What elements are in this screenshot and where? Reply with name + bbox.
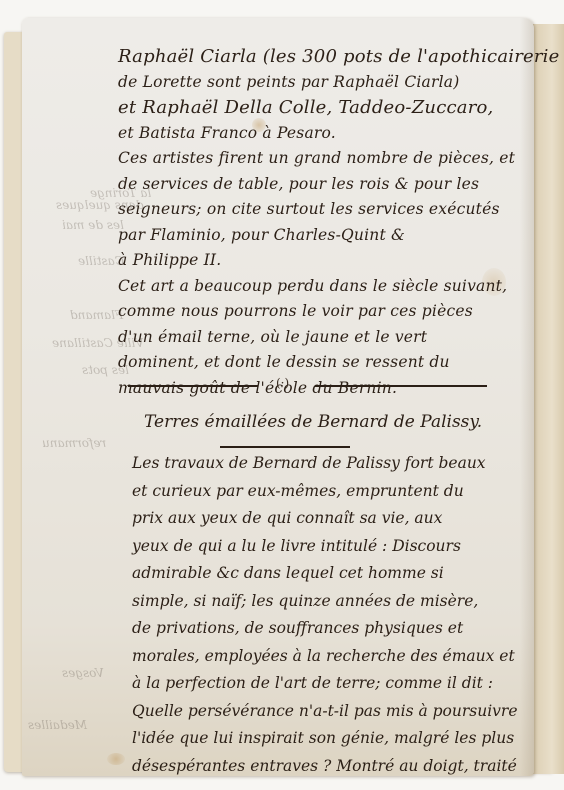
text-line: de privations, de souffrances physiques …: [132, 615, 532, 643]
text-line: prix aux yeux de qui connaît sa vie, aux: [132, 505, 532, 533]
separator-mark: (·): [276, 376, 289, 390]
text-line: yeux de qui a lu le livre intitulé : Dis…: [132, 533, 532, 561]
separator-rule-left: [128, 385, 258, 387]
text-line: admirable &c dans lequel cet homme si: [132, 560, 532, 588]
bleed-through-text: Flamand: [70, 308, 123, 322]
text-line: Quelle persévérance n'a-t-il pas mis à p…: [132, 698, 532, 726]
facing-page-edge: [533, 24, 564, 774]
text-line: l'idée que lui inspirait son génie, malg…: [132, 725, 532, 753]
section-heading: Terres émaillées de Bernard de Palissy.: [144, 412, 482, 432]
text-line: Ces artistes firent un grand nombre de p…: [118, 146, 518, 172]
foxing-stain: [107, 753, 125, 765]
text-line: Raphaël Ciarla (les 300 pots de l'apothi…: [118, 44, 518, 70]
text-line: à Philippe II.: [118, 248, 518, 274]
text-line: Cet art a beaucoup perdu dans le siècle …: [118, 274, 518, 300]
section-palissy-text: Les travaux de Bernard de Palissy fort b…: [132, 450, 532, 780]
text-line: de Lorette sont peints par Raphaël Ciarl…: [118, 70, 518, 96]
text-line: et curieux par eux-mêmes, empruntent du: [132, 478, 532, 506]
heading-underline: [220, 446, 350, 448]
text-line: morales, employées à la recherche des ém…: [132, 643, 532, 671]
text-line: seigneurs; on cite surtout les services …: [118, 197, 518, 223]
manuscript-photo: la Toringe dans quelques les de mai Cast…: [0, 0, 564, 790]
text-line: simple, si naïf; les quinze années de mi…: [132, 588, 532, 616]
bleed-through-text: Vosges: [62, 666, 104, 680]
text-line: Les travaux de Bernard de Palissy fort b…: [132, 450, 532, 478]
text-line: désespérantes entraves ? Montré au doigt…: [132, 753, 532, 781]
section-separator: (·): [128, 381, 488, 393]
text-line: et Raphaël Della Colle, Taddeo-Zuccaro,: [118, 95, 518, 121]
text-line: de services de table, pour les rois & po…: [118, 172, 518, 198]
text-line: comme nous pourrons le voir par ces pièc…: [118, 299, 518, 325]
bleed-through-text: Medailles: [28, 718, 87, 732]
text-line: par Flaminio, pour Charles-Quint &: [118, 223, 518, 249]
separator-rule-right: [315, 385, 487, 387]
text-line: et Batista Franco à Pesaro.: [118, 121, 518, 147]
bleed-through-text: les de mai: [62, 218, 124, 232]
text-line: d'un émail terne, où le jaune et le vert: [118, 325, 518, 351]
bleed-through-text: reformanu: [42, 436, 106, 450]
text-line: dominent, et dont le dessin se ressent d…: [118, 350, 518, 376]
section-majolica-text: Raphaël Ciarla (les 300 pots de l'apothi…: [118, 44, 518, 401]
text-line: à la perfection de l'art de terre; comme…: [132, 670, 532, 698]
